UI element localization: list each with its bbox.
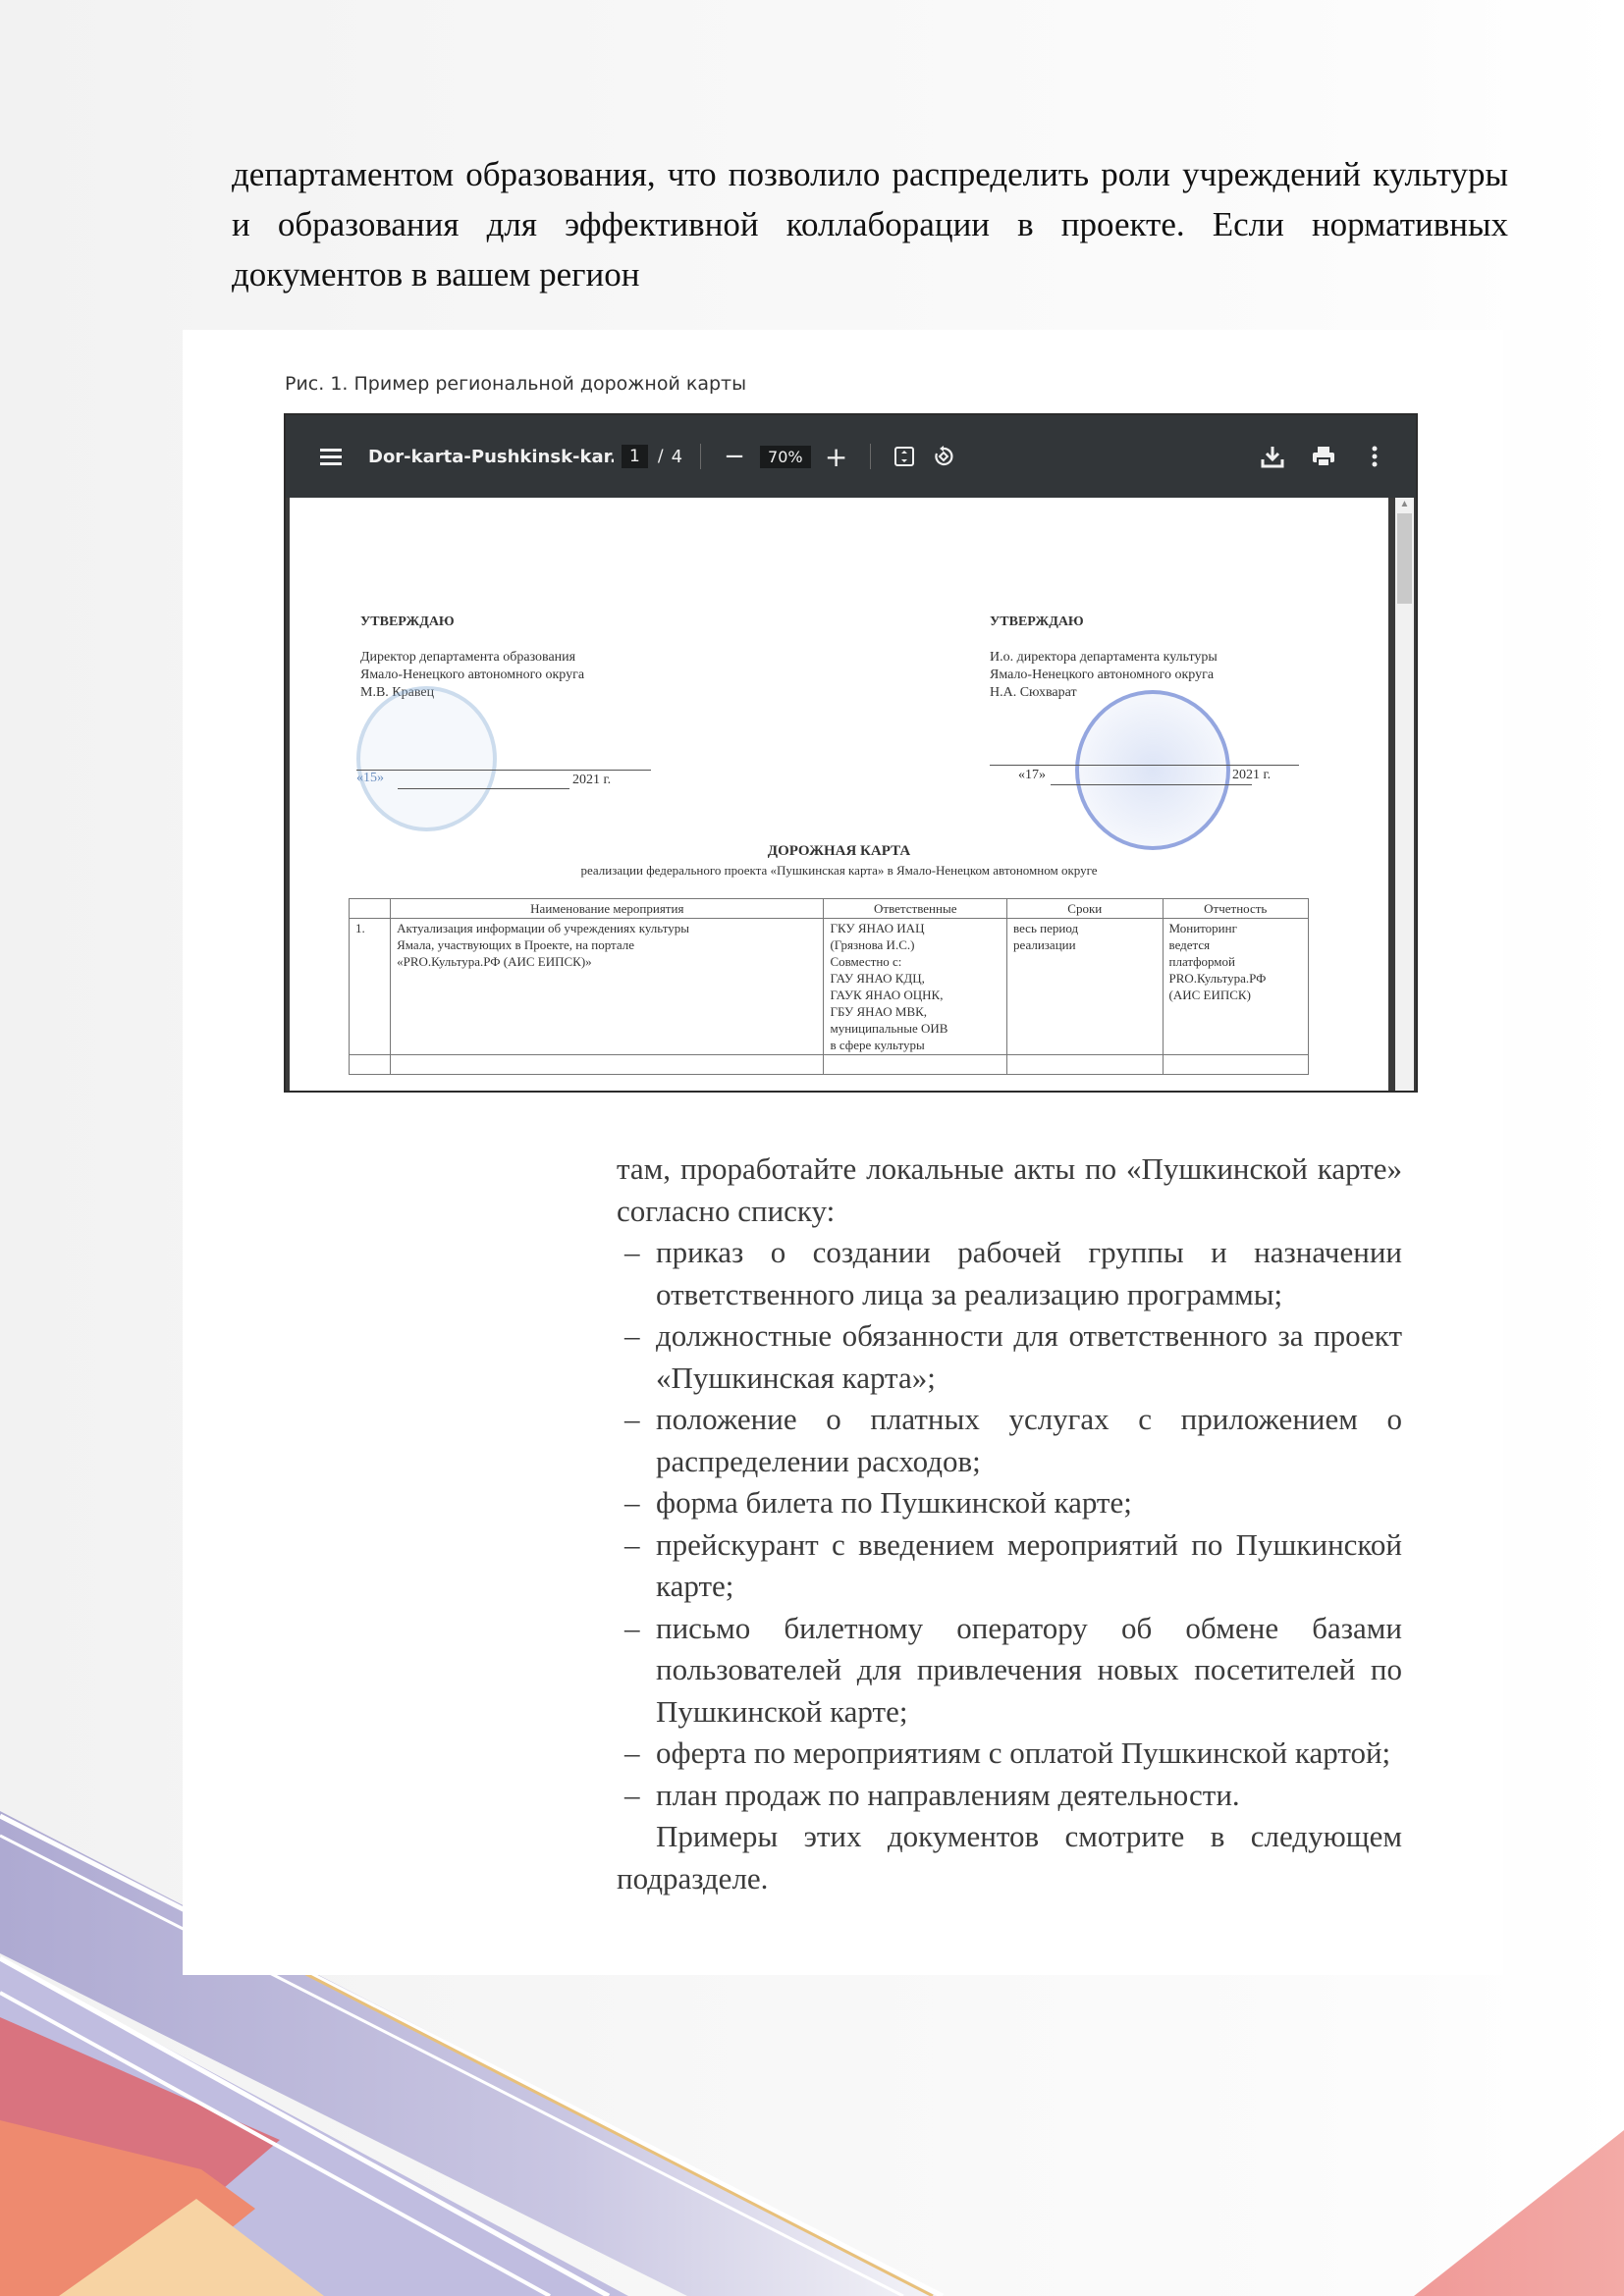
document-title: ДОРОЖНАЯ КАРТА <box>290 843 1388 860</box>
print-icon[interactable] <box>1308 441 1339 472</box>
official-stamp <box>356 686 497 831</box>
list-item: приказ о создании рабочей группы и назна… <box>617 1232 1402 1315</box>
hamburger-menu-icon[interactable] <box>315 441 347 472</box>
closing-paragraph: Примеры этих документов смотрите в следу… <box>617 1816 1402 1899</box>
pdf-toolbar: Dor-karta-Pushkinsk-kar... 1 / 4 − 70% + <box>286 415 1416 498</box>
left-approval-block: УТВЕРЖДАЮ Директор департамента образова… <box>360 614 584 702</box>
body-text: там, проработайте локальные акты по «Пуш… <box>617 1148 1402 1899</box>
terms-cell: весь период реализации <box>1007 919 1163 1055</box>
local-acts-list: приказ о создании рабочей группы и назна… <box>617 1232 1402 1816</box>
toolbar-divider <box>870 444 871 469</box>
fit-page-icon[interactable] <box>889 441 920 472</box>
document-title: Dor-karta-Pushkinsk-kar... <box>368 447 614 467</box>
document-subtitle: реализации федерального проекта «Пушкинс… <box>290 863 1388 879</box>
official-stamp <box>1075 690 1230 850</box>
approval-date-prefix: «15» <box>356 771 384 786</box>
responsible-cell: ГКУ ЯНАО ИАЦ (Грязнова И.С.) Совместно с… <box>824 919 1007 1055</box>
right-approval-block: УТВЕРЖДАЮ И.о. директора департамента ку… <box>990 614 1218 702</box>
signature-line <box>990 765 1299 766</box>
toolbar-divider <box>700 444 701 469</box>
figure-caption: Рис. 1. Пример региональной дорожной кар… <box>285 373 746 395</box>
activity-name-cell: Актуализация информации об учреждениях к… <box>391 919 824 1055</box>
list-lead: там, проработайте локальные акты по «Пуш… <box>617 1148 1402 1232</box>
list-item: план продаж по направлениям деятельности… <box>617 1775 1402 1817</box>
list-item: письмо билетному оператору об обмене баз… <box>617 1608 1402 1734</box>
roadmap-table: Наименование мероприятия Ответственные С… <box>349 898 1309 1075</box>
pdf-page: УТВЕРЖДАЮ Директор департамента образова… <box>290 498 1388 1091</box>
zoom-level-input[interactable]: 70% <box>760 446 811 468</box>
table-row <box>350 1055 1309 1075</box>
approval-heading: УТВЕРЖДАЮ <box>990 614 1218 631</box>
approval-date-prefix: «17» <box>1018 768 1046 783</box>
scroll-up-arrow-icon[interactable]: ▲ <box>1395 498 1414 511</box>
zoom-out-button[interactable]: − <box>719 441 750 472</box>
list-item: оферта по мероприятиям с оплатой Пушкинс… <box>617 1733 1402 1775</box>
table-header-row: Наименование мероприятия Ответственные С… <box>350 899 1309 919</box>
zoom-in-button[interactable]: + <box>821 441 852 472</box>
pdf-viewer: Dor-karta-Pushkinsk-kar... 1 / 4 − 70% + <box>284 413 1418 1093</box>
scroll-thumb[interactable] <box>1397 513 1412 604</box>
list-item: положение о платных услугах с приложение… <box>617 1399 1402 1482</box>
table-row: 1. Актуализация информации об учреждения… <box>350 919 1309 1055</box>
intro-paragraph: департаментом образования, что позволило… <box>232 149 1508 299</box>
list-item: прейскурант с введением мероприятий по П… <box>617 1524 1402 1608</box>
page-separator: / <box>658 447 664 466</box>
list-item: форма билета по Пушкинской карте; <box>617 1482 1402 1524</box>
approval-heading: УТВЕРЖДАЮ <box>360 614 584 631</box>
approval-date-year: 2021 г. <box>572 773 611 788</box>
vertical-scrollbar[interactable]: ▲ <box>1390 498 1414 1091</box>
more-vertical-icon[interactable] <box>1359 441 1390 472</box>
download-icon[interactable] <box>1257 441 1288 472</box>
list-item: должностные обязанности для ответственно… <box>617 1315 1402 1399</box>
reporting-cell: Мониторинг ведется платформой PRO.Культу… <box>1163 919 1308 1055</box>
total-pages: 4 <box>672 447 682 467</box>
signature-line <box>356 770 651 771</box>
approval-date-year: 2021 г. <box>1232 768 1271 783</box>
rotate-icon[interactable] <box>928 441 959 472</box>
toolbar-actions <box>1257 441 1390 472</box>
page-number-input[interactable]: 1 <box>622 445 648 468</box>
